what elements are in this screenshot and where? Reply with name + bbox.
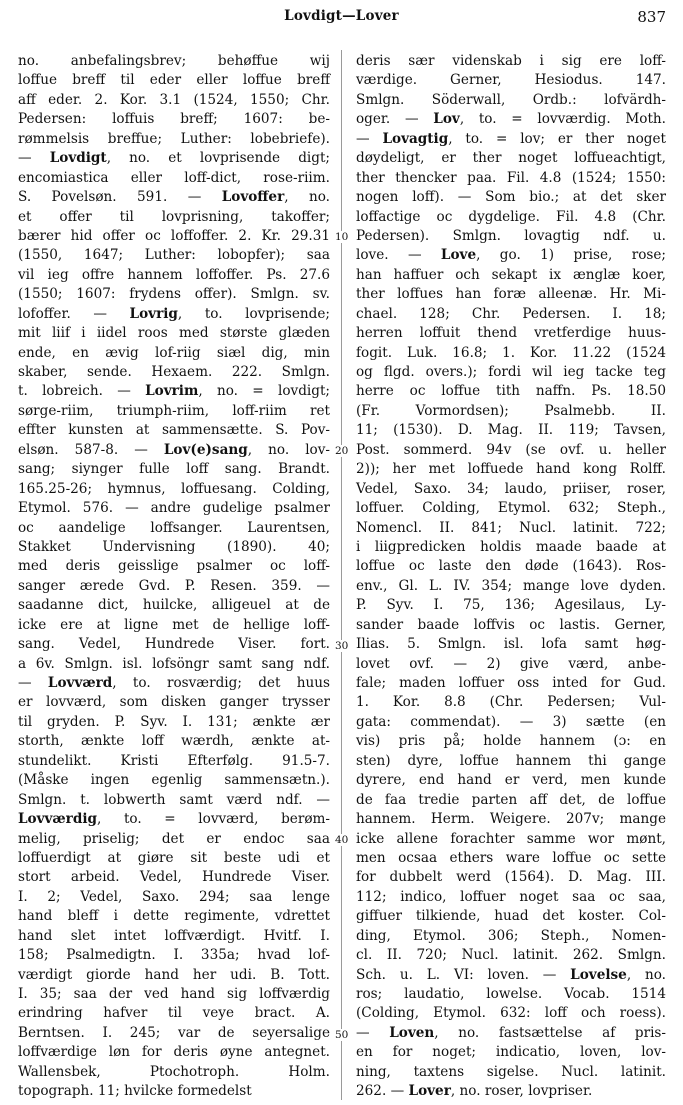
text-line: giffuer tilkiende, huad det koster. Col- <box>356 907 666 926</box>
text-line: loffuer. Colding, Etymol. 632; Steph., <box>356 499 666 518</box>
text-line: Wallensbek, Ptochotroph. Holm. <box>18 1063 330 1082</box>
text-line: sander baade loffvis oc lastis. Gerner, <box>356 616 666 635</box>
text-line: skaber, sende. Hexaem. 222. Smlgn. <box>18 363 330 382</box>
text-line: de faa tredie parten aff det, de loffue <box>356 791 666 810</box>
text-line: fale; maden loffuer oss inted for Gud. <box>356 674 666 693</box>
text-line: dyrere, end hand er verd, men kunde <box>356 771 666 790</box>
text-line: sang; siynger fulle loff sang. Brandt. <box>18 460 330 479</box>
text-line: topograph. 11; hvilcke formedelst <box>18 1082 330 1101</box>
text-line: værdige. Gerner, Hesiodus. 147. <box>356 71 666 90</box>
text-line: — Lovdigt, no. et lovprisende digt; <box>18 149 330 168</box>
text-line: 165.25-26; hymnus, loffuesang. Colding, <box>18 480 330 499</box>
text-line: no. anbefalingsbrev; behøffue wij <box>18 52 330 71</box>
text-line: — Lovværd, to. rosværdig; det huus <box>18 674 330 693</box>
text-line: Nomencl. II. 841; Nucl. latinit. 722; <box>356 519 666 538</box>
text-line: S. Povelsøn. 591. — Lovoffer, no. <box>18 188 330 207</box>
text-line: t. lobreich. — Lovrim, no. = lovdigt; <box>18 382 330 401</box>
text-line: sørge-riim, triumph-riim, loff-riim ret <box>18 402 330 421</box>
text-line: hand slet intet loffværdigt. Hvitf. I. <box>18 927 330 946</box>
text-line: stort arbeid. Vedel, Hundrede Viser. <box>18 868 330 887</box>
text-line: 11; (1530). D. Mag. II. 119; Tavsen, <box>356 421 666 440</box>
text-line: icke ere at ligne met de hellige loff- <box>18 616 330 635</box>
line-number: 30 <box>334 640 349 652</box>
text-line: a 6v. Smlgn. isl. lofsöngr samt sang ndf… <box>18 655 330 674</box>
text-line: (Måske ingen egenlig sammensætn.). <box>18 771 330 790</box>
text-line: chael. 128; Chr. Pedersen. I. 18; <box>356 305 666 324</box>
text-line: nogen loff). — Som bio.; at det sker <box>356 188 666 207</box>
text-line: melig, priselig; det er endoc saa <box>18 830 330 849</box>
text-line: men ocsaa ethers ware loffue oc sette <box>356 849 666 868</box>
page-header: Lovdigt—Lover 837 <box>0 4 683 28</box>
text-line: Etymol. 576. — andre gudelige psalmer <box>18 499 330 518</box>
text-line: Berntsen. I. 245; var de seyersalige <box>18 1024 330 1043</box>
running-head: Lovdigt—Lover <box>0 8 683 24</box>
text-line: sang. Vedel, Hundrede Viser. fort. <box>18 635 330 654</box>
line-number: 40 <box>334 834 349 846</box>
text-line: loffue oc laste den døde (1643). Ros- <box>356 557 666 576</box>
text-line: (1550, 1647; Luther: lobopfer); saa <box>18 246 330 265</box>
text-line: Smlgn. t. lobwerth samt værd ndf. — <box>18 791 330 810</box>
text-line: lofoffer. — Lovrig, to. lovprisende; <box>18 305 330 324</box>
text-line: lovet ovf. — 2) give værd, anbe- <box>356 655 666 674</box>
text-line: vil ieg offre hannem loffoffer. Ps. 27.6 <box>18 266 330 285</box>
text-line: — Loven, no. fastsættelse af pris- <box>356 1024 666 1043</box>
text-line: (Fr. Vormordsen); Psalmebb. II. <box>356 402 666 421</box>
text-line: døydeligt, er ther noget loffueachtigt, <box>356 149 666 168</box>
text-line: loffue breff til eder eller loffue breff <box>18 71 330 90</box>
line-number: 10 <box>334 231 349 243</box>
page-number: 837 <box>637 8 666 26</box>
text-line: — Lovagtig, to. = lov; er ther noget <box>356 130 666 149</box>
text-line: deris sær videnskab i sig ere loff- <box>356 52 666 71</box>
text-line: herren loffuit thend vretferdige huus- <box>356 324 666 343</box>
text-line: Lovværdig, to. = lovværd, berøm- <box>18 810 330 829</box>
text-line: 158; Psalmedigtn. I. 335a; hvad lof- <box>18 946 330 965</box>
line-number: 20 <box>334 445 349 457</box>
text-line: hannem. Herm. Weigere. 207v; mange <box>356 810 666 829</box>
text-line: værdigt giorde hand her udi. B. Tott. <box>18 966 330 985</box>
text-line: gata: commendat). — 3) sætte (en <box>356 713 666 732</box>
text-line: (Colding, Etymol. 632: loff och roess). <box>356 1004 666 1023</box>
text-line: sten) dyre, loffue hannem thi gange <box>356 752 666 771</box>
text-line: loffactige oc dygdelige. Fil. 4.8 (Chr. <box>356 208 666 227</box>
text-line: 112; indico, loffuer noget saa oc saa, <box>356 888 666 907</box>
text-line: effter kunsten at sammensætte. S. Pov- <box>18 421 330 440</box>
column-divider <box>341 50 342 1100</box>
text-line: fogit. Luk. 16.8; 1. Kor. 11.22 (1524 <box>356 344 666 363</box>
text-line: I. 2; Vedel, Saxo. 294; saa lenge <box>18 888 330 907</box>
text-line: ther thencker paa. Fil. 4.8 (1524; 1550: <box>356 169 666 188</box>
text-line: til gryden. P. Syv. I. 131; ænkte ær <box>18 713 330 732</box>
text-line: P. Syv. I. 75, 136; Agesilaus, Ly- <box>356 596 666 615</box>
text-line: med deris geisslige psalmer oc loff- <box>18 557 330 576</box>
text-line: sanger ærede Gvd. P. Resen. 359. — <box>18 577 330 596</box>
text-line: mit liif i iidel roos med største glæden <box>18 324 330 343</box>
text-line: storth, ænkte loff wærdh, ænkte at- <box>18 732 330 751</box>
text-line: saadanne dict, huilcke, alligeuel at de <box>18 596 330 615</box>
text-line: (1550; 1607: frydens offer). Smlgn. sv. <box>18 285 330 304</box>
left-column: no. anbefalingsbrev; behøffue wijloffue … <box>18 52 330 1102</box>
text-line: en for noget; indicatio, loven, lov- <box>356 1043 666 1062</box>
text-line: ros; laudatio, lowelse. Vocab. 1514 <box>356 985 666 1004</box>
text-line: Pedersen). Smlgn. lovagtig ndf. u. <box>356 227 666 246</box>
text-line: icke allene forachter samme wor mønt, <box>356 830 666 849</box>
text-line: oc aandelige loffsanger. Laurentsen, <box>18 519 330 538</box>
text-line: Post. sommerd. 94v (se ovf. u. heller <box>356 441 666 460</box>
right-column: deris sær videnskab i sig ere loff-værdi… <box>356 52 666 1102</box>
text-line: Sch. u. L. VI: loven. — Lovelse, no. <box>356 966 666 985</box>
text-line: love. — Love, go. 1) prise, rose; <box>356 246 666 265</box>
text-line: Stakket Undervisning (1890). 40; <box>18 538 330 557</box>
text-line: aff eder. 2. Kor. 3.1 (1524, 1550; Chr. <box>18 91 330 110</box>
text-line: er lovværd, som disken ganger trysser <box>18 693 330 712</box>
text-line: I. 35; saa der ved hand sig loffværdig <box>18 985 330 1004</box>
text-line: 2)); her met loffuede hand kong Rolff. <box>356 460 666 479</box>
text-line: cl. II. 720; Nucl. latinit. 262. Smlgn. <box>356 946 666 965</box>
text-line: Vedel, Saxo. 34; laudo, priiser, roser, <box>356 480 666 499</box>
text-line: encomiastica eller loff-dict, rose-riim. <box>18 169 330 188</box>
text-line: i liigpredicken holdis maade baade at <box>356 538 666 557</box>
text-line: ende, en ævig lof-riig siæl dig, min <box>18 344 330 363</box>
text-line: ding, Etymol. 306; Steph., Nomen- <box>356 927 666 946</box>
text-line: og flgd. overs.); fordi wil ieg tacke te… <box>356 363 666 382</box>
text-line: for dubbelt werd (1564). D. Mag. III. <box>356 868 666 887</box>
text-line: hand bleff i dette regimente, vdrettet <box>18 907 330 926</box>
text-line: loffuerdigt at giøre sit beste udi et <box>18 849 330 868</box>
text-line: erindring hafver til veye bract. A. <box>18 1004 330 1023</box>
text-line: rømmelsis breffue; Luther: lobebriefe). <box>18 130 330 149</box>
text-line: 262. — Lover, no. roser, lovpriser. <box>356 1082 666 1101</box>
text-line: et offer til lovprisning, takoffer; <box>18 208 330 227</box>
line-number: 50 <box>334 1029 349 1041</box>
text-line: ning, taxtens sigelse. Nucl. latinit. <box>356 1063 666 1082</box>
text-line: ther loffues han foræ alleenæ. Hr. Mi- <box>356 285 666 304</box>
text-line: loffværdige løn for deris øyne antegnet. <box>18 1043 330 1062</box>
text-line: bærer hid offer oc loffoffer. 2. Kr. 29.… <box>18 227 330 246</box>
text-line: elsøn. 587-8. — Lov(e)sang, no. lov- <box>18 441 330 460</box>
text-line: Ilias. 5. Smlgn. isl. lofa samt høg- <box>356 635 666 654</box>
text-line: stundelikt. Kristi Efterfølg. 91.5-7. <box>18 752 330 771</box>
text-line: herre oc loffue tith naffn. Ps. 18.50 <box>356 382 666 401</box>
text-line: Pedersen: loffuis breff; 1607: be- <box>18 110 330 129</box>
text-line: env., Gl. L. IV. 354; mange love dyden. <box>356 577 666 596</box>
text-line: oger. — Lov, to. = lovværdig. Moth. <box>356 110 666 129</box>
text-line: Smlgn. Söderwall, Ordb.: lofvärdh- <box>356 91 666 110</box>
text-line: vis) pris på; holde hannem (ɔ: en <box>356 732 666 751</box>
text-line: 1. Kor. 8.8 (Chr. Pedersen; Vul- <box>356 693 666 712</box>
text-line: han haffuer och sekapt ix ænglæ koer, <box>356 266 666 285</box>
